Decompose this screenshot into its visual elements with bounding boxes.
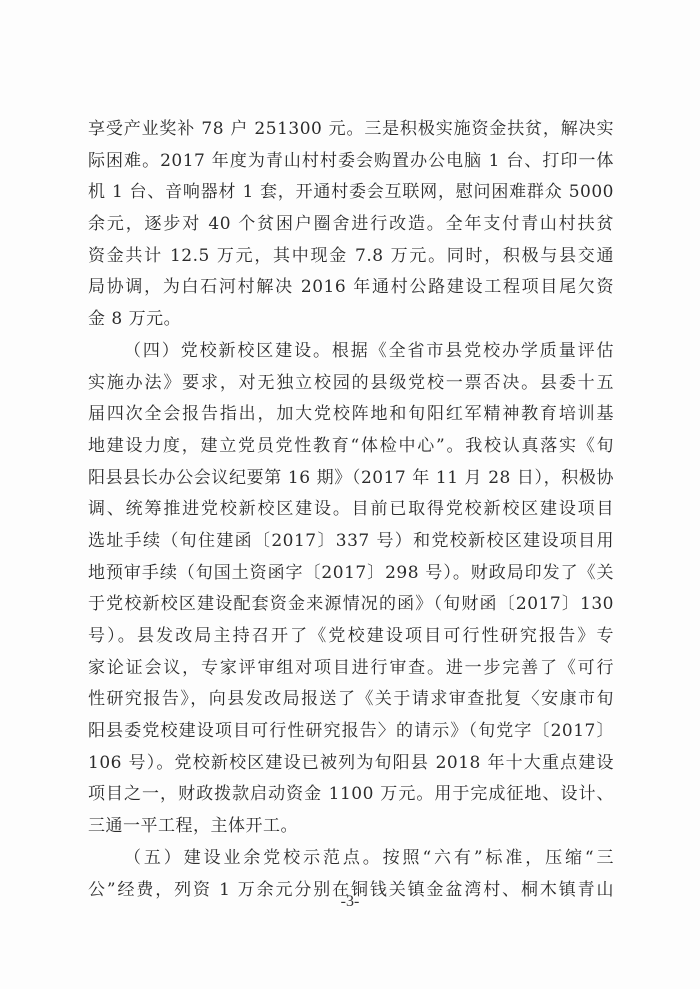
- text-line: 家论证会议，专家评审组对项目进行审查。进一步完善了《可行: [88, 653, 614, 685]
- section-heading-line: （五）建设业余党校示范点。按照“六有”标准，压缩“三: [88, 843, 614, 875]
- body-text: 享受产业奖补 78 户 251300 元。三是积极实施资金扶贫，解决实 际困难。…: [88, 114, 614, 906]
- text-line: 局协调，为白石河村解决 2016 年通村公路建设工程项目尾欠资: [88, 272, 614, 304]
- text-line: 阳县委党校建设项目可行性研究报告〉的请示》（旬党字〔2017〕: [88, 716, 614, 748]
- text-line: 106 号）。党校新校区建设已被列为旬阳县 2018 年十大重点建设: [88, 748, 614, 780]
- section-heading-line: （四）党校新校区建设。根据《全省市县党校办学质量评估: [88, 336, 614, 368]
- text-line: 届四次全会报告指出，加大党校阵地和旬阳红军精神教育培训基: [88, 399, 614, 431]
- paragraph-poverty-funding: 享受产业奖补 78 户 251300 元。三是积极实施资金扶贫，解决实 际困难。…: [88, 114, 614, 336]
- text-line: 享受产业奖补 78 户 251300 元。三是积极实施资金扶贫，解决实: [88, 114, 614, 146]
- text-line: 号）。县发改局主持召开了《党校建设项目可行性研究报告》专: [88, 621, 614, 653]
- text-line: 余元，逐步对 40 个贫困户圈舍进行改造。全年支付青山村扶贫: [88, 209, 614, 241]
- text-line: 资金共计 12.5 万元，其中现金 7.8 万元。同时，积极与县交通: [88, 241, 614, 273]
- text-line: 实施办法》要求，对无独立校园的县级党校一票否决。县委十五: [88, 368, 614, 400]
- text-line: 选址手续（旬住建函〔2017〕337 号）和党校新校区建设项目用: [88, 526, 614, 558]
- document-page: 享受产业奖补 78 户 251300 元。三是积极实施资金扶贫，解决实 际困难。…: [0, 0, 700, 989]
- text-line: 机 1 台、音响器材 1 套，开通村委会互联网，慰问困难群众 5000: [88, 177, 614, 209]
- text-line: 地建设力度，建立党员党性教育“体检中心”。我校认真落实《旬: [88, 431, 614, 463]
- text-line: 地预审手续（旬国土资函字〔2017〕298 号）。财政局印发了《关: [88, 558, 614, 590]
- text-line: 阳县县长办公会议纪要第 16 期》（2017 年 11 月 28 日），积极协: [88, 463, 614, 495]
- text-line: 性研究报告》，向县发改局报送了《关于请求审查批复〈安康市旬: [88, 684, 614, 716]
- page-number: -3-: [0, 893, 700, 911]
- text-line: 金 8 万元。: [88, 304, 614, 336]
- text-line: 际困难。2017 年度为青山村村委会购置办公电脑 1 台、打印一体: [88, 146, 614, 178]
- text-line: 三通一平工程，主体开工。: [88, 811, 614, 843]
- text-line: 调、统筹推进党校新校区建设。目前已取得党校新校区建设项目: [88, 494, 614, 526]
- paragraph-new-campus-construction: （四）党校新校区建设。根据《全省市县党校办学质量评估 实施办法》要求，对无独立校…: [88, 336, 614, 843]
- text-line: 于党校新校区建设配套资金来源情况的函》（旬财函〔2017〕130: [88, 589, 614, 621]
- text-line: 项目之一，财政拨款启动资金 1100 万元。用于完成征地、设计、: [88, 779, 614, 811]
